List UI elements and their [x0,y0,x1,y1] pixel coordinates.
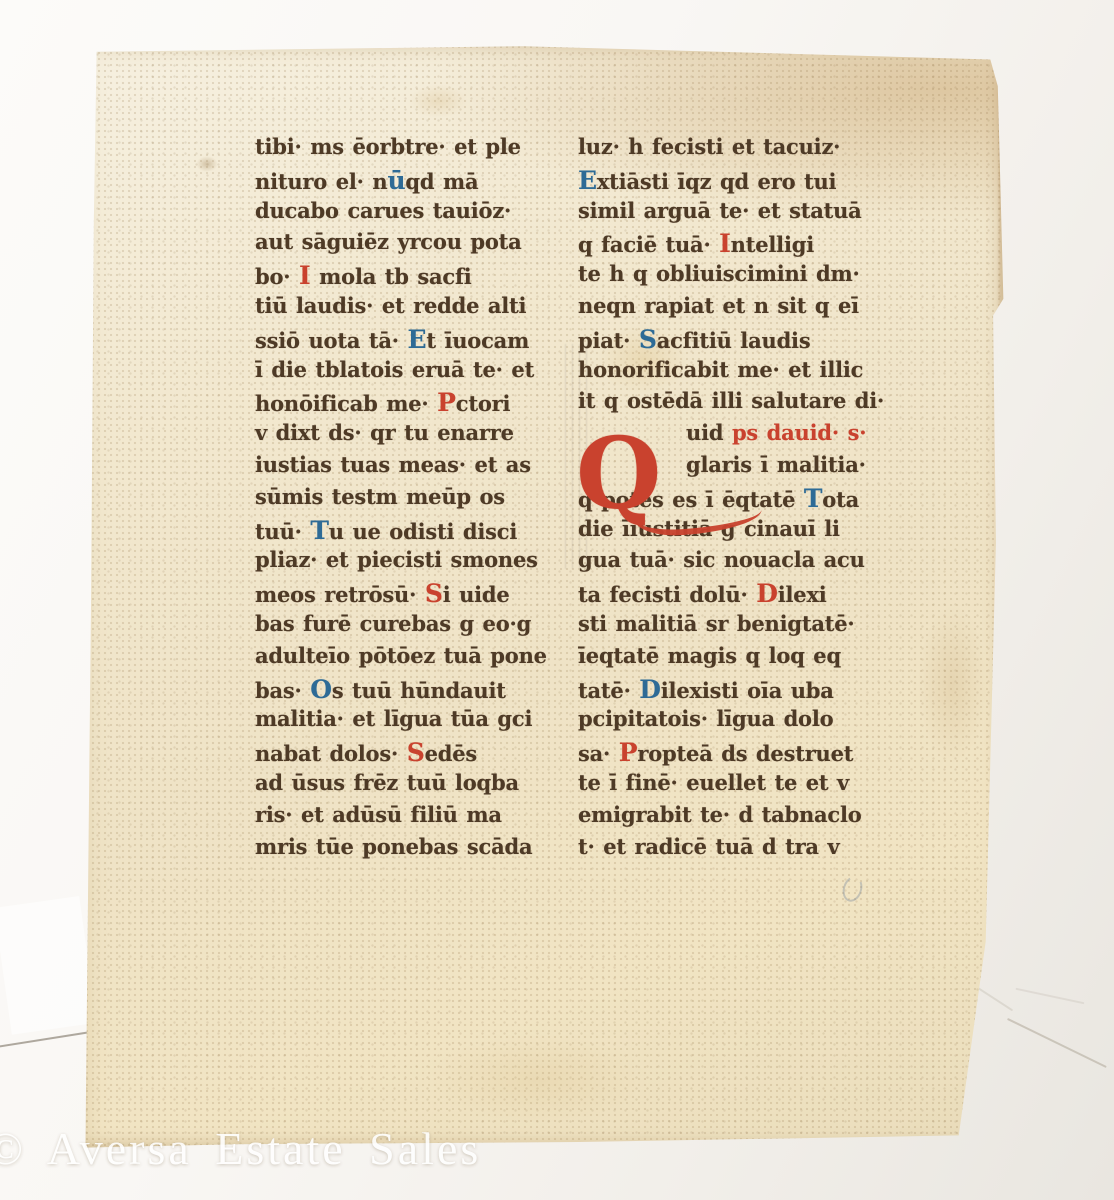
manuscript-line: malitia· et līgua tūa gci [255,706,565,738]
manuscript-line: it q ostēdā illi salutare di· [578,388,923,420]
manuscript-line: v dixt ds· qr tu enarre [255,420,565,452]
text-segment: tuū· [255,519,310,544]
red-initial: P [619,738,638,767]
text-segment: adulteīo pōtōez tuā pone [255,643,547,668]
text-segment: gua tuā· sic nouacla acu [578,547,865,572]
text-segment: nabat dolos· [255,741,407,766]
manuscript-line: īeqtatē magis q loq eq [578,643,923,675]
manuscript-line: ta fecisti dolū· Dilexi [578,579,923,611]
text-segment: neqn rapiat et n sit q eī [578,293,859,318]
blue-initial: T [804,484,822,513]
text-segment: īeqtatē magis q loq eq [578,643,841,668]
text-segment: t· et radicē tuā d tra v [578,834,839,859]
text-segment: bas· [255,678,310,703]
text-segment: honōificab me· [255,391,437,416]
manuscript-line: tuū· Tu ue odisti disci [255,516,565,548]
manuscript-line: adulteīo pōtōez tuā pone [255,643,565,675]
text-segment: uid [686,420,732,445]
manuscript-line: luz· h fecisti et tacuiz· [578,134,923,166]
red-initial: I [719,229,731,258]
text-segment: t īuocam [426,328,529,353]
manuscript-line: ad ūsus frēz tuū loqba [255,770,565,802]
text-segment: ris· et adūsū filiū ma [255,802,502,827]
manuscript-line: t· et radicē tuā d tra v [578,834,923,866]
manuscript-line: bo· I mola tb sacfi [255,261,565,293]
text-segment: ta fecisti dolū· [578,582,756,607]
manuscript-line: meos retrōsū· Si uide [255,579,565,611]
manuscript-line: pcipitatois· līgua dolo [578,706,923,738]
manuscript-line: neqn rapiat et n sit q eī [578,293,923,325]
manuscript-line: ducabo carues tauiōz· [255,198,565,230]
red-initial: P [437,388,456,417]
text-segment: meos retrōsū· [255,582,425,607]
blue-initial: E [578,166,597,195]
parchment-stain [918,604,988,764]
text-segment: sūmis testm meūp os [255,484,505,509]
text-segment: malitia· et līgua tūa gci [255,706,532,731]
text-segment: te ī finē· euellet te et v [578,770,849,795]
manuscript-line: ī die tblatois eruā te· et [255,357,565,389]
text-segment: ilexi [778,582,827,607]
deckled-edge-stain [999,44,1008,1152]
text-segment: pliaz· et piecisti smones [255,547,538,572]
text-segment: i uide [443,582,510,607]
text-segment: tiū laudis· et redde alti [255,293,526,318]
manuscript-line: ris· et adūsū filiū ma [255,802,565,834]
text-segment: mola tb sacfi [311,264,472,289]
backdrop-scratch [1007,1018,1107,1068]
text-segment: piat· [578,328,639,353]
text-segment: emigrabit te· d tabnaclo [578,802,862,827]
text-segment: sti malitiā sr benigtatē· [578,611,855,636]
blue-initial: E [407,325,426,354]
text-segment: edēs [425,741,477,766]
manuscript-line: sūmis testm meūp os [255,484,565,516]
text-segment: it q ostēdā illi salutare di· [578,388,884,413]
text-segment: ī die tblatois eruā te· et [255,357,534,382]
text-segment: ctori [456,391,511,416]
manuscript-line: bas· Os tuū hūndauit [255,675,565,707]
blue-initial: S [639,325,657,354]
manuscript-line: q faciē tuā· Intelligi [578,229,923,261]
text-segment: ilexisti oīa uba [661,678,834,703]
manuscript-line: gua tuā· sic nouacla acu [578,547,923,579]
manuscript-line: honōificab me· Pctori [255,388,565,420]
manuscript-line: sti malitiā sr benigtatē· [578,611,923,643]
text-segment: aut sāguiēz yrcou pota [255,229,522,254]
parchment-stain [196,156,218,172]
manuscript-line: tibi· ms ēorbtre· et ple [255,134,565,166]
blue-initial: O [310,675,332,704]
manuscript-line: nabat dolos· Sedēs [255,738,565,770]
text-segment: simil arguā te· et statuā [578,198,862,223]
text-segment: sa· [578,741,619,766]
text-segment: iustias tuas meas· et as [255,452,531,477]
watermark-text: © Aversa Estate Sales [0,1122,481,1175]
text-segment: s tuū hūndauit [332,678,506,703]
red-initial: ps dauid· s· [732,420,866,445]
manuscript-line: mris tūe ponebas scāda [255,834,565,866]
text-segment: qd mā [405,169,478,194]
text-segment: q faciē tuā· [578,232,719,257]
text-segment: acfitiū laudis [657,328,811,353]
text-segment: bo· [255,264,299,289]
manuscript-line: pliaz· et piecisti smones [255,547,565,579]
manuscript-line: aut sāguiēz yrcou pota [255,229,565,261]
text-segment: ssiō uota tā· [255,328,407,353]
manuscript-line: iustias tuas meas· et as [255,452,565,484]
backdrop-scratch [1016,988,1085,1004]
text-segment: ad ūsus frēz tuū loqba [255,770,519,795]
manuscript-line: sa· Propteā ds destruet [578,738,923,770]
text-segment: tatē· [578,678,639,703]
text-segment: te h q obliuiscimini dm· [578,261,860,286]
blue-initial: ū [387,166,405,195]
photo-backdrop: tibi· ms ēorbtre· et plenituro el· nūqd … [0,0,1114,1200]
blue-initial: T [310,516,328,545]
manuscript-line: tatē· Dilexisti oīa uba [578,675,923,707]
text-segment: u ue odisti disci [329,519,517,544]
parchment-stain [408,84,468,118]
manuscript-line: piat· Sacfitiū laudis [578,325,923,357]
drop-cap-initial-q: Q [576,430,661,520]
manuscript-line: te h q obliuiscimini dm· [578,261,923,293]
manuscript-line: nituro el· nūqd mā [255,166,565,198]
text-segment: ropteā ds destruet [637,741,853,766]
manuscript-leaf: tibi· ms ēorbtre· et plenituro el· nūqd … [78,44,1008,1152]
text-segment: luz· h fecisti et tacuiz· [578,134,840,159]
manuscript-line: simil arguā te· et statuā [578,198,923,230]
text-segment: honorificabit me· et illic [578,357,863,382]
red-initial: I [299,261,311,290]
red-initial: S [407,738,425,767]
manuscript-line: te ī finē· euellet te et v [578,770,923,802]
text-segment: nituro el· n [255,169,387,194]
text-segment: glaris ī malitia· [686,452,866,477]
text-segment: pcipitatois· līgua dolo [578,706,833,731]
text-column-left: tibi· ms ēorbtre· et plenituro el· nūqd … [255,134,565,865]
blue-initial: D [639,675,660,704]
manuscript-line: emigrabit te· d tabnaclo [578,802,923,834]
text-segment: tibi· ms ēorbtre· et ple [255,134,521,159]
text-segment: ota [822,487,859,512]
text-segment: bas furē curebas g eo·g [255,611,531,636]
manuscript-line: bas furē curebas g eo·g [255,611,565,643]
background-paper-edge [0,896,97,1035]
manuscript-line: Extiāsti īqz qd ero tui [578,166,923,198]
red-initial: S [425,579,443,608]
parchment-stain [428,1034,648,1124]
text-segment: v dixt ds· qr tu enarre [255,420,514,445]
text-segment: xtiāsti īqz qd ero tui [597,169,836,194]
ink-smudge [839,874,865,905]
manuscript-line: ssiō uota tā· Et īuocam [255,325,565,357]
red-initial: D [756,579,777,608]
text-segment: mris tūe ponebas scāda [255,834,532,859]
manuscript-line: tiū laudis· et redde alti [255,293,565,325]
text-segment: ducabo carues tauiōz· [255,198,511,223]
manuscript-line: honorificabit me· et illic [578,357,923,389]
text-segment: ntelligi [731,232,814,257]
